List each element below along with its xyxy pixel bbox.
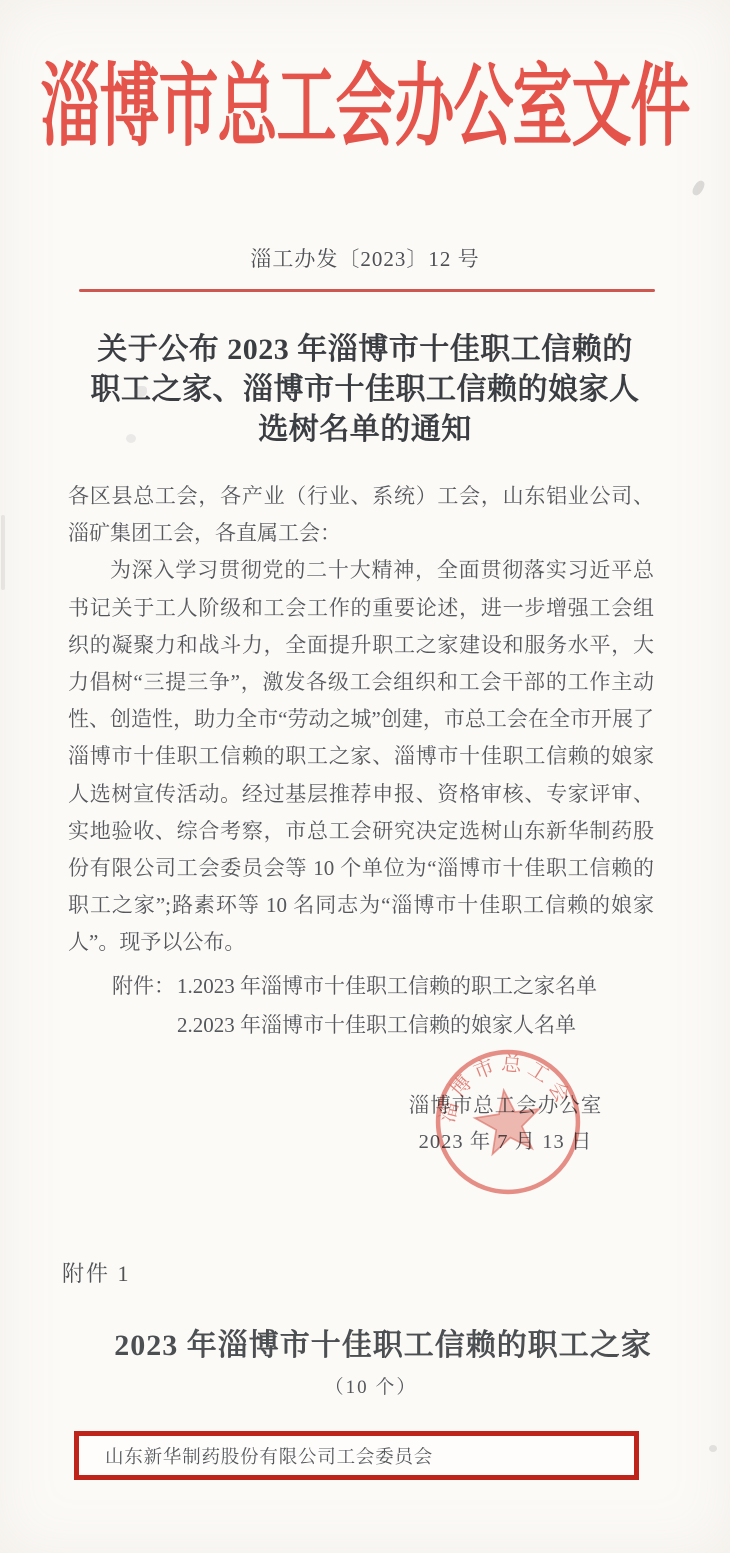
notice-title-line2: 职工之家、淄博市十佳职工信赖的娘家人 <box>0 370 730 410</box>
notice-title-line1: 关于公布 2023 年淄博市十佳职工信赖的 <box>0 330 730 370</box>
body-paragraph: 为深入学习贯彻党的二十大精神，全面贯彻落实习近平总书记关于工人阶级和工会工作的重… <box>68 552 654 961</box>
doc-number: 淄工办发〔2023〕12 号 <box>0 243 730 273</box>
scan-artifact <box>1 515 5 590</box>
appendix-count: （10 个） <box>0 1372 730 1399</box>
highlighted-winner-box: 山东新华制药股份有限公司工会委员会 <box>74 1431 639 1480</box>
document-header-title: 淄博市总工会办公室文件 <box>0 62 730 152</box>
highlighted-winner-name: 山东新华制药股份有限公司工会委员会 <box>105 1443 433 1469</box>
attachment-item-2: 2.2023 年淄博市十佳职工信赖的娘家人名单 <box>177 1006 597 1045</box>
official-seal-image: 淄博市总工会 <box>422 1036 594 1208</box>
document-page: 淄博市总工会办公室文件 淄工办发〔2023〕12 号 关于公布 2023 年淄博… <box>0 0 730 1553</box>
scan-artifact <box>690 179 706 197</box>
notice-title-line3: 选树名单的通知 <box>0 410 730 450</box>
appendix-label: 附件 1 <box>62 1257 131 1288</box>
scan-artifact <box>709 1445 717 1452</box>
salutation: 各区县总工会，各产业（行业、系统）工会，山东铝业公司、淄矿集团工会，各直属工会： <box>68 478 654 552</box>
notice-body: 各区县总工会，各产业（行业、系统）工会，山东铝业公司、淄矿集团工会，各直属工会：… <box>68 478 654 962</box>
appendix-title: 2023 年淄博市十佳职工信赖的职工之家 <box>0 1320 730 1364</box>
official-seal: 淄博市总工会 <box>422 1036 594 1208</box>
red-divider-line <box>79 289 655 292</box>
seal-star-icon <box>472 1086 545 1156</box>
attachments-label: 附件： <box>112 967 175 1044</box>
notice-title: 关于公布 2023 年淄博市十佳职工信赖的 职工之家、淄博市十佳职工信赖的娘家人… <box>0 330 730 450</box>
attachment-item-1: 1.2023 年淄博市十佳职工信赖的职工之家名单 <box>177 967 597 1006</box>
attachments-list: 附件： 1.2023 年淄博市十佳职工信赖的职工之家名单 2.2023 年淄博市… <box>112 967 597 1044</box>
attachments-items: 1.2023 年淄博市十佳职工信赖的职工之家名单 2.2023 年淄博市十佳职工… <box>177 967 597 1044</box>
